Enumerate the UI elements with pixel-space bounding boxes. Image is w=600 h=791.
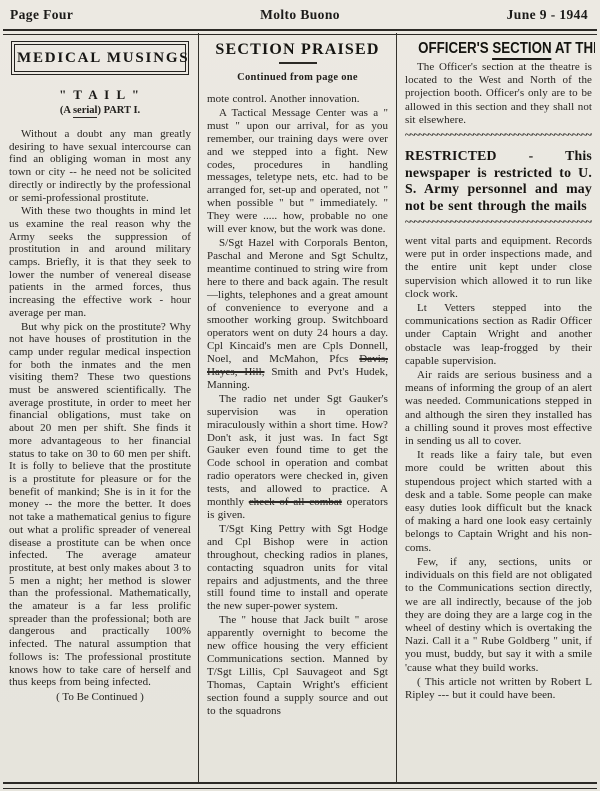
paragraph-text: The radio net under Sgt Gauker's supervi… <box>207 393 388 508</box>
paragraph-text: Lt Vetters stepped into the communicatio… <box>405 302 592 367</box>
page-bottom-rule <box>3 782 597 789</box>
wavy-divider <box>405 220 592 228</box>
paragraph-text: S/Sgt Hazel with Corporals Benton, Pasch… <box>207 237 388 365</box>
medical-article-body: Without a doubt any man greatly desiring… <box>9 128 191 689</box>
serial-title: " T A I L " <box>9 87 191 103</box>
paragraph-text: mote control. Another innovation. <box>207 93 360 105</box>
article-paragraph: T/Sgt King Pettry with Sgt Hodge and Cpl… <box>207 523 388 613</box>
section-praised-body: mote control. Another innovation.A Tacti… <box>207 93 388 718</box>
subtitle-prefix: (A <box>60 105 73 116</box>
serial-subtitle: (A serial) PART I. <box>9 105 191 116</box>
paragraph-text: Air raids are serious business and a mea… <box>405 369 592 447</box>
article-paragraph: mote control. Another innovation. <box>207 93 388 106</box>
masthead: Page Four Molto Buono June 9 - 1944 <box>0 0 600 27</box>
header-underline-rule <box>279 62 317 64</box>
header-underlined-word: SECTION <box>492 40 551 60</box>
header-suffix: AT THEATRE <box>552 40 595 57</box>
article-paragraph: ( This article not written by Robert L R… <box>405 676 592 702</box>
article-paragraph: S/Sgt Hazel with Corporals Benton, Pasch… <box>207 237 388 392</box>
article-paragraph: Few, if any, sections, units or individu… <box>405 556 592 675</box>
subtitle-underlined-word: serial <box>73 105 98 118</box>
article-paragraph: But why pick on the prostitute? Why not … <box>9 321 191 689</box>
paragraph-text: It reads like a fairy tale, but even mor… <box>405 449 592 553</box>
subtitle-suffix: ) PART I. <box>97 105 140 116</box>
article-paragraph: A Tactical Message Center was a " must "… <box>207 107 388 236</box>
paragraph-text: ( This article not written by Robert L R… <box>405 676 592 701</box>
medical-musings-header: MEDICAL MUSINGS <box>11 41 189 75</box>
paragraph-text: went vital parts and equipment. Records … <box>405 235 592 300</box>
paragraph-text: The " house that Jack built " arose appa… <box>207 614 388 716</box>
column-section-praised: SECTION PRAISED Continued from page one … <box>198 33 397 782</box>
officers-section-header: OFFICER'S SECTION AT THEATRE <box>418 40 579 58</box>
article-paragraph: With these two thoughts in mind let us e… <box>9 205 191 319</box>
communications-article-body: went vital parts and equipment. Records … <box>405 235 592 702</box>
paragraph-text: Few, if any, sections, units or individu… <box>405 556 592 674</box>
paragraph-text: But why pick on the prostitute? Why not … <box>9 321 191 689</box>
section-praised-header: SECTION PRAISED <box>207 41 388 59</box>
article-paragraph: It reads like a fairy tale, but even mor… <box>405 449 592 555</box>
paragraph-text: T/Sgt King Pettry with Sgt Hodge and Cpl… <box>207 523 388 612</box>
to-be-continued-note: ( To Be Continued ) <box>9 691 191 703</box>
wavy-divider <box>405 133 592 141</box>
continued-from-note: Continued from page one <box>207 72 388 83</box>
paragraph-text: With these two thoughts in mind let us e… <box>9 205 191 319</box>
article-paragraph: Lt Vetters stepped into the communicatio… <box>405 302 592 368</box>
article-paragraph: The radio net under Sgt Gauker's supervi… <box>207 393 388 522</box>
paragraph-text: A Tactical Message Center was a " must "… <box>207 107 388 235</box>
article-paragraph: Air raids are serious business and a mea… <box>405 369 592 448</box>
column-medical-musings: MEDICAL MUSINGS " T A I L " (A serial) P… <box>5 33 198 782</box>
article-paragraph: The " house that Jack built " arose appa… <box>207 614 388 717</box>
paragraph-text: Without a doubt any man greatly desiring… <box>9 128 191 204</box>
article-paragraph: The Officer's section at the theatre is … <box>405 61 592 127</box>
header-prefix: OFFICER'S <box>418 40 492 57</box>
page-columns: MEDICAL MUSINGS " T A I L " (A serial) P… <box>5 33 595 782</box>
issue-date: June 9 - 1944 <box>507 7 588 23</box>
struck-through-text: check of all combat <box>249 496 342 508</box>
column-officers-section: OFFICER'S SECTION AT THEATRE The Officer… <box>397 33 595 782</box>
article-paragraph: went vital parts and equipment. Records … <box>405 235 592 301</box>
officers-section-body: The Officer's section at the theatre is … <box>405 61 592 127</box>
restricted-notice: RESTRICTED - This newspaper is restricte… <box>405 148 592 214</box>
paragraph-text: The Officer's section at the theatre is … <box>405 61 592 126</box>
article-paragraph: Without a doubt any man greatly desiring… <box>9 128 191 204</box>
